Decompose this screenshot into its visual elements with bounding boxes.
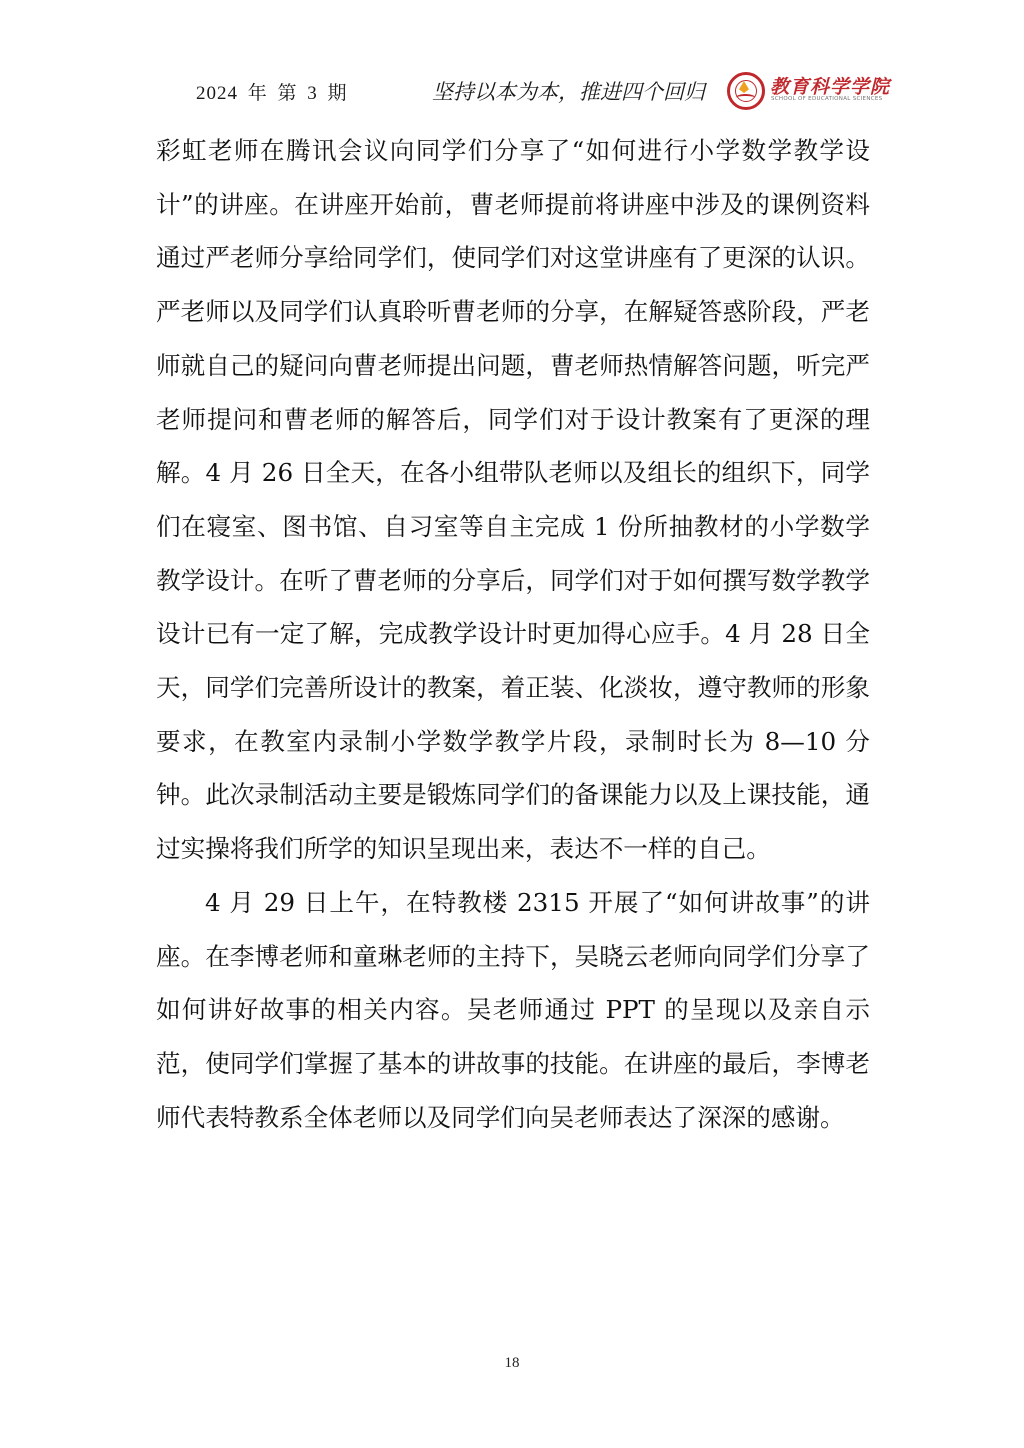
page-number: 18 <box>0 1355 1024 1372</box>
school-name: 教育科学学院 <box>770 72 890 99</box>
slogan: 坚持以本为本，推进四个回归 <box>432 76 705 106</box>
paragraph: 4 月 29 日上午，在特教楼 2315 开展了“如何讲故事”的讲座。在李博老师… <box>156 876 870 1145</box>
school-name-english: SCHOOL OF EDUCATIONAL SCIENCES <box>771 96 882 102</box>
article-body: 彩虹老师在腾讯会议向同学们分享了“如何进行小学数学教学设计”的讲座。在讲座开始前… <box>156 124 870 1144</box>
page-header: 2024 年 第 3 期 坚持以本为本，推进四个回归 教育科学学院 SCHOOL… <box>0 72 1024 112</box>
school-logo: 教育科学学院 SCHOOL OF EDUCATIONAL SCIENCES <box>727 72 902 112</box>
school-emblem-icon <box>727 72 765 110</box>
issue-label: 2024 年 第 3 期 <box>196 78 348 105</box>
paragraph: 彩虹老师在腾讯会议向同学们分享了“如何进行小学数学教学设计”的讲座。在讲座开始前… <box>156 124 870 876</box>
